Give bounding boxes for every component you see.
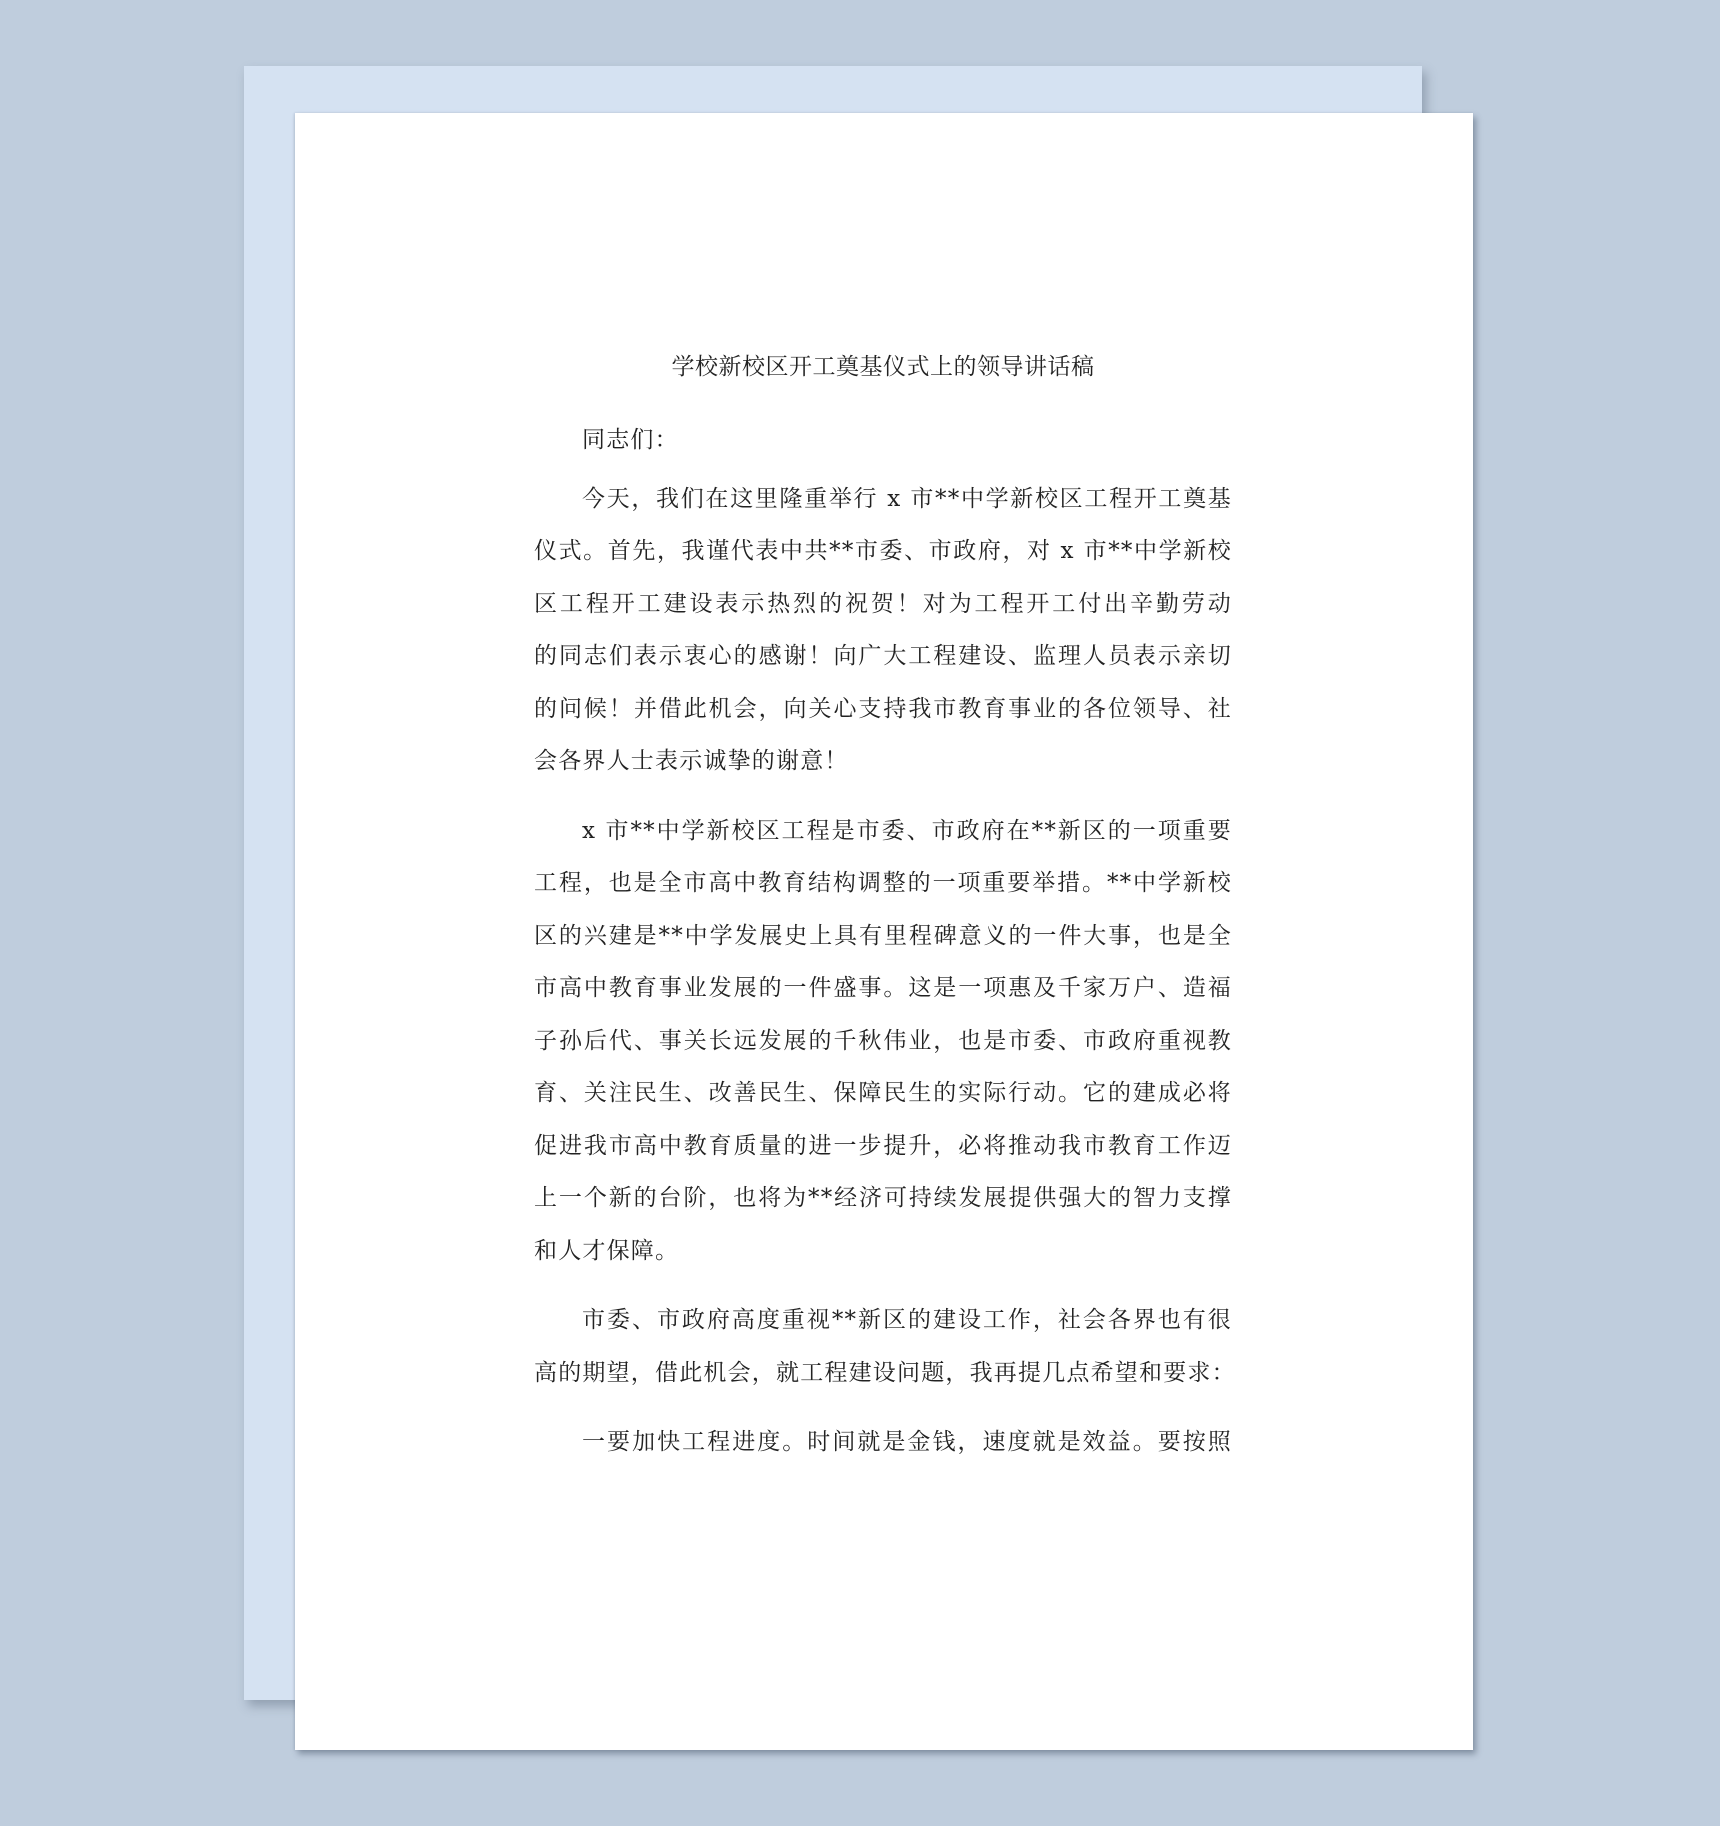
text-line: 同志们： bbox=[534, 414, 1232, 467]
text-line: 工程，也是全市高中教育结构调整的一项重要举措。**中学新校 bbox=[534, 857, 1232, 910]
text-line: 会各界人士表示诚挚的谢意！ bbox=[534, 735, 1232, 788]
text-line: 高的期望，借此机会，就工程建设问题，我再提几点希望和要求： bbox=[534, 1347, 1232, 1400]
text-line: 的问候！并借此机会，向关心支持我市教育事业的各位领导、社 bbox=[534, 683, 1232, 736]
text-line: 市高中教育事业发展的一件盛事。这是一项惠及千家万户、造福 bbox=[534, 962, 1232, 1015]
front-page-sheet: 学校新校区开工奠基仪式上的领导讲话稿 同志们： 今天，我们在这里隆重举行 x 市… bbox=[295, 113, 1473, 1750]
text-line: 子孙后代、事关长远发展的千秋伟业，也是市委、市政府重视教 bbox=[534, 1015, 1232, 1068]
text-line: 今天，我们在这里隆重举行 x 市**中学新校区工程开工奠基 bbox=[534, 473, 1232, 526]
text-line: 育、关注民生、改善民生、保障民生的实际行动。它的建成必将 bbox=[534, 1067, 1232, 1120]
text-line: 市委、市政府高度重视**新区的建设工作，社会各界也有很 bbox=[534, 1294, 1232, 1347]
point-one-paragraph: 一要加快工程进度。时间就是金钱，速度就是效益。要按照 bbox=[534, 1416, 1232, 1469]
text-line: 一要加快工程进度。时间就是金钱，速度就是效益。要按照 bbox=[534, 1416, 1232, 1469]
text-line: 区的兴建是**中学发展史上具有里程碑意义的一件大事，也是全 bbox=[534, 910, 1232, 963]
text-line: 促进我市高中教育质量的进一步提升，必将推动我市教育工作迈 bbox=[534, 1120, 1232, 1173]
text-line: 的同志们表示衷心的感谢！向广大工程建设、监理人员表示亲切 bbox=[534, 630, 1232, 683]
salutation-paragraph: 同志们： bbox=[534, 414, 1232, 467]
opening-paragraph: 今天，我们在这里隆重举行 x 市**中学新校区工程开工奠基 仪式。首先，我谨代表… bbox=[534, 473, 1232, 788]
text-line: 区工程开工建设表示热烈的祝贺！对为工程开工付出辛勤劳动 bbox=[534, 578, 1232, 631]
expectations-paragraph: 市委、市政府高度重视**新区的建设工作，社会各界也有很 高的期望，借此机会，就工… bbox=[534, 1294, 1232, 1399]
document-body: 学校新校区开工奠基仪式上的领导讲话稿 同志们： 今天，我们在这里隆重举行 x 市… bbox=[534, 352, 1232, 1486]
text-line: 仪式。首先，我谨代表中共**市委、市政府，对 x 市**中学新校 bbox=[534, 525, 1232, 578]
significance-paragraph: x 市**中学新校区工程是市委、市政府在**新区的一项重要 工程，也是全市高中教… bbox=[534, 805, 1232, 1278]
text-line: 上一个新的台阶，也将为**经济可持续发展提供强大的智力支撑 bbox=[534, 1172, 1232, 1225]
text-line: x 市**中学新校区工程是市委、市政府在**新区的一项重要 bbox=[534, 805, 1232, 858]
text-line: 和人才保障。 bbox=[534, 1225, 1232, 1278]
document-title: 学校新校区开工奠基仪式上的领导讲话稿 bbox=[534, 352, 1232, 382]
